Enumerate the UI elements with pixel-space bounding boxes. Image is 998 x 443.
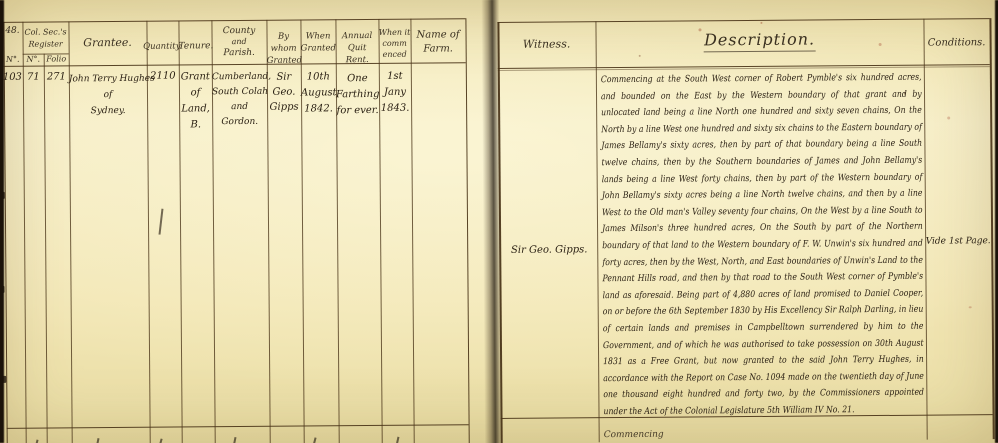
cutoff-writing-mark (313, 437, 317, 443)
rule-vertical (44, 54, 48, 443)
header-conditions: Conditions. (924, 36, 990, 51)
header-quit-rent-line: Annual (335, 30, 378, 42)
tenure-line: Land, (179, 101, 212, 117)
header-name-of-farm: Name of Farm. (410, 28, 465, 56)
by-whom-line: Geo. (267, 85, 301, 100)
header-commence-line: enced (379, 49, 411, 60)
header-tenure-text: Tenure. (179, 39, 212, 53)
conditions-text: Vide 1st Page. (925, 234, 991, 249)
header-conditions-text: Conditions. (924, 36, 990, 51)
header-county-line: County (211, 25, 266, 37)
header-farm-line: Name of (410, 28, 465, 42)
grant-no-text: 103 (2, 71, 23, 85)
rule-vertical (923, 19, 927, 440)
foxing-speck (698, 28, 701, 31)
header-when-granted-line: When (300, 30, 335, 42)
header-register-folio-text: Folio (44, 52, 69, 66)
header-annual-quit-rent: Annual Quit Rent. (335, 30, 378, 66)
header-tenure: Tenure. (179, 39, 212, 53)
cutoff-writing-mark (233, 437, 237, 443)
commence-line: 1st (379, 69, 411, 85)
header-by-whom-line: By whom (266, 31, 300, 55)
book-edge-left (0, 0, 4, 443)
header-county-line: Parish. (212, 47, 267, 59)
tenure-line: of (179, 85, 212, 101)
foxing-speck (639, 55, 641, 57)
rule-vertical (146, 21, 150, 443)
cutoff-writing-mark (96, 438, 100, 443)
commence-line: 1843. (379, 101, 411, 117)
ink-speck (904, 92, 906, 95)
grantee-line: Sydney. (69, 103, 147, 120)
quit-rent-line: Farthing (336, 87, 379, 103)
folio-text: 271 (44, 70, 69, 84)
cell-folio: 271 (44, 70, 69, 84)
ledger-scan: 48. N°. Col. Sec.'s Register N°. Folio G… (0, 0, 998, 443)
when-granted-line: August (301, 85, 336, 101)
scan-tilt-wrapper: 48. N°. Col. Sec.'s Register N°. Folio G… (0, 0, 998, 443)
next-record-partial: Commencing (604, 428, 944, 443)
county-line: Cumberland, (212, 70, 267, 85)
header-quit-rent-line: Quit Rent. (336, 42, 379, 66)
quit-rent-line: for ever. (336, 103, 379, 119)
when-granted-line: 1842. (301, 101, 336, 117)
commence-line: Jany (379, 85, 411, 101)
corner-mark-text: 48. (2, 24, 22, 38)
grantee-line: John Terry Hughes (69, 71, 147, 88)
register-no-text: 71 (23, 71, 44, 85)
cell-grant-no: 103 (2, 71, 23, 85)
header-register-no: N°. (23, 53, 44, 67)
header-quantity-text: Quantity. (143, 39, 183, 53)
cell-quantity: 2110 (147, 70, 179, 84)
header-county-parish: County and Parish. (211, 25, 266, 59)
county-line: Gordon. (212, 115, 267, 130)
header-by-whom-line: Granted (267, 55, 301, 67)
county-line: and (212, 100, 267, 115)
header-register-line: Register (23, 38, 69, 50)
page-corner-mark: 48. (2, 24, 22, 38)
header-when-granted: When Granted (300, 30, 335, 54)
cell-when-commenced: 1st Jany 1843. (379, 69, 411, 117)
cell-register-no: 71 (23, 71, 44, 85)
cutoff-writing-mark (159, 439, 163, 443)
header-grantee: Grantee. (69, 36, 147, 51)
header-commence-line: comm (379, 38, 411, 49)
header-register-line: Col. Sec.'s (22, 26, 68, 38)
header-by-whom-granted: By whom Granted (266, 31, 300, 67)
cell-grantee: John Terry Hughes of Sydney. (69, 71, 147, 120)
cell-when-granted: 10th August 1842. (301, 69, 336, 117)
witness-text: Sir Geo. Gipps. (503, 243, 595, 258)
rule-row-bottom (7, 424, 469, 429)
rule-vertical (410, 19, 414, 443)
tenure-line: B. (179, 117, 212, 133)
cutoff-writing-mark (35, 440, 39, 443)
foxing-speck (969, 306, 972, 308)
page-gutter (481, 0, 502, 443)
by-whom-line: Gipps (267, 100, 301, 115)
cell-conditions: Vide 1st Page. (925, 234, 991, 249)
rule-top (3, 18, 465, 23)
header-no: N°. (3, 53, 23, 67)
rule-vertical (22, 22, 26, 443)
header-witness: Witness. (498, 37, 596, 52)
rule-top (497, 18, 989, 23)
header-when-granted-line: Granted (301, 42, 336, 54)
header-description-text: Description. (704, 30, 815, 53)
grantee-line: of (69, 87, 147, 104)
cell-by-whom-granted: Sir Geo. Gipps (267, 70, 301, 115)
foxing-speck (760, 22, 762, 24)
foxing-speck (879, 43, 882, 46)
header-no-text: N°. (3, 53, 23, 67)
header-col-sec-register: Col. Sec.'s Register (22, 26, 68, 50)
cell-description: Commencing at the South West corner of R… (601, 70, 924, 421)
cutoff-writing-mark (396, 437, 399, 443)
header-commence-line: When it (378, 27, 410, 38)
rule-header-bottom (4, 62, 466, 67)
cell-county-parish: Cumberland, South Colah and Gordon. (212, 70, 267, 130)
when-granted-line: 10th (301, 69, 336, 85)
foxing-speck (947, 116, 950, 119)
header-register-folio: Folio (44, 52, 69, 66)
cell-tenure: Grant of Land, B. (179, 69, 213, 133)
tenure-line: Grant (179, 69, 212, 85)
header-register-no-text: N°. (23, 53, 44, 67)
header-witness-text: Witness. (498, 37, 596, 52)
county-line: South Colah (212, 85, 267, 100)
cell-witness: Sir Geo. Gipps. (503, 243, 595, 258)
quantity-text: 2110 (147, 70, 179, 84)
cell-annual-quit-rent: One Farthing for ever. (336, 71, 379, 119)
rule-vertical (465, 18, 469, 443)
header-when-commenced: When it comm enced (378, 27, 410, 60)
by-whom-line: Sir (267, 70, 301, 85)
header-county-line: and (212, 37, 267, 47)
quit-rent-line: One (336, 71, 379, 87)
header-farm-line: Farm. (411, 42, 466, 56)
rule-vertical (989, 18, 994, 439)
header-quantity: Quantity. (143, 39, 183, 53)
stray-ink-mark (159, 209, 164, 235)
header-grantee-text: Grantee. (69, 36, 147, 51)
rule-vertical (595, 21, 599, 442)
header-description: Description. (596, 29, 924, 51)
